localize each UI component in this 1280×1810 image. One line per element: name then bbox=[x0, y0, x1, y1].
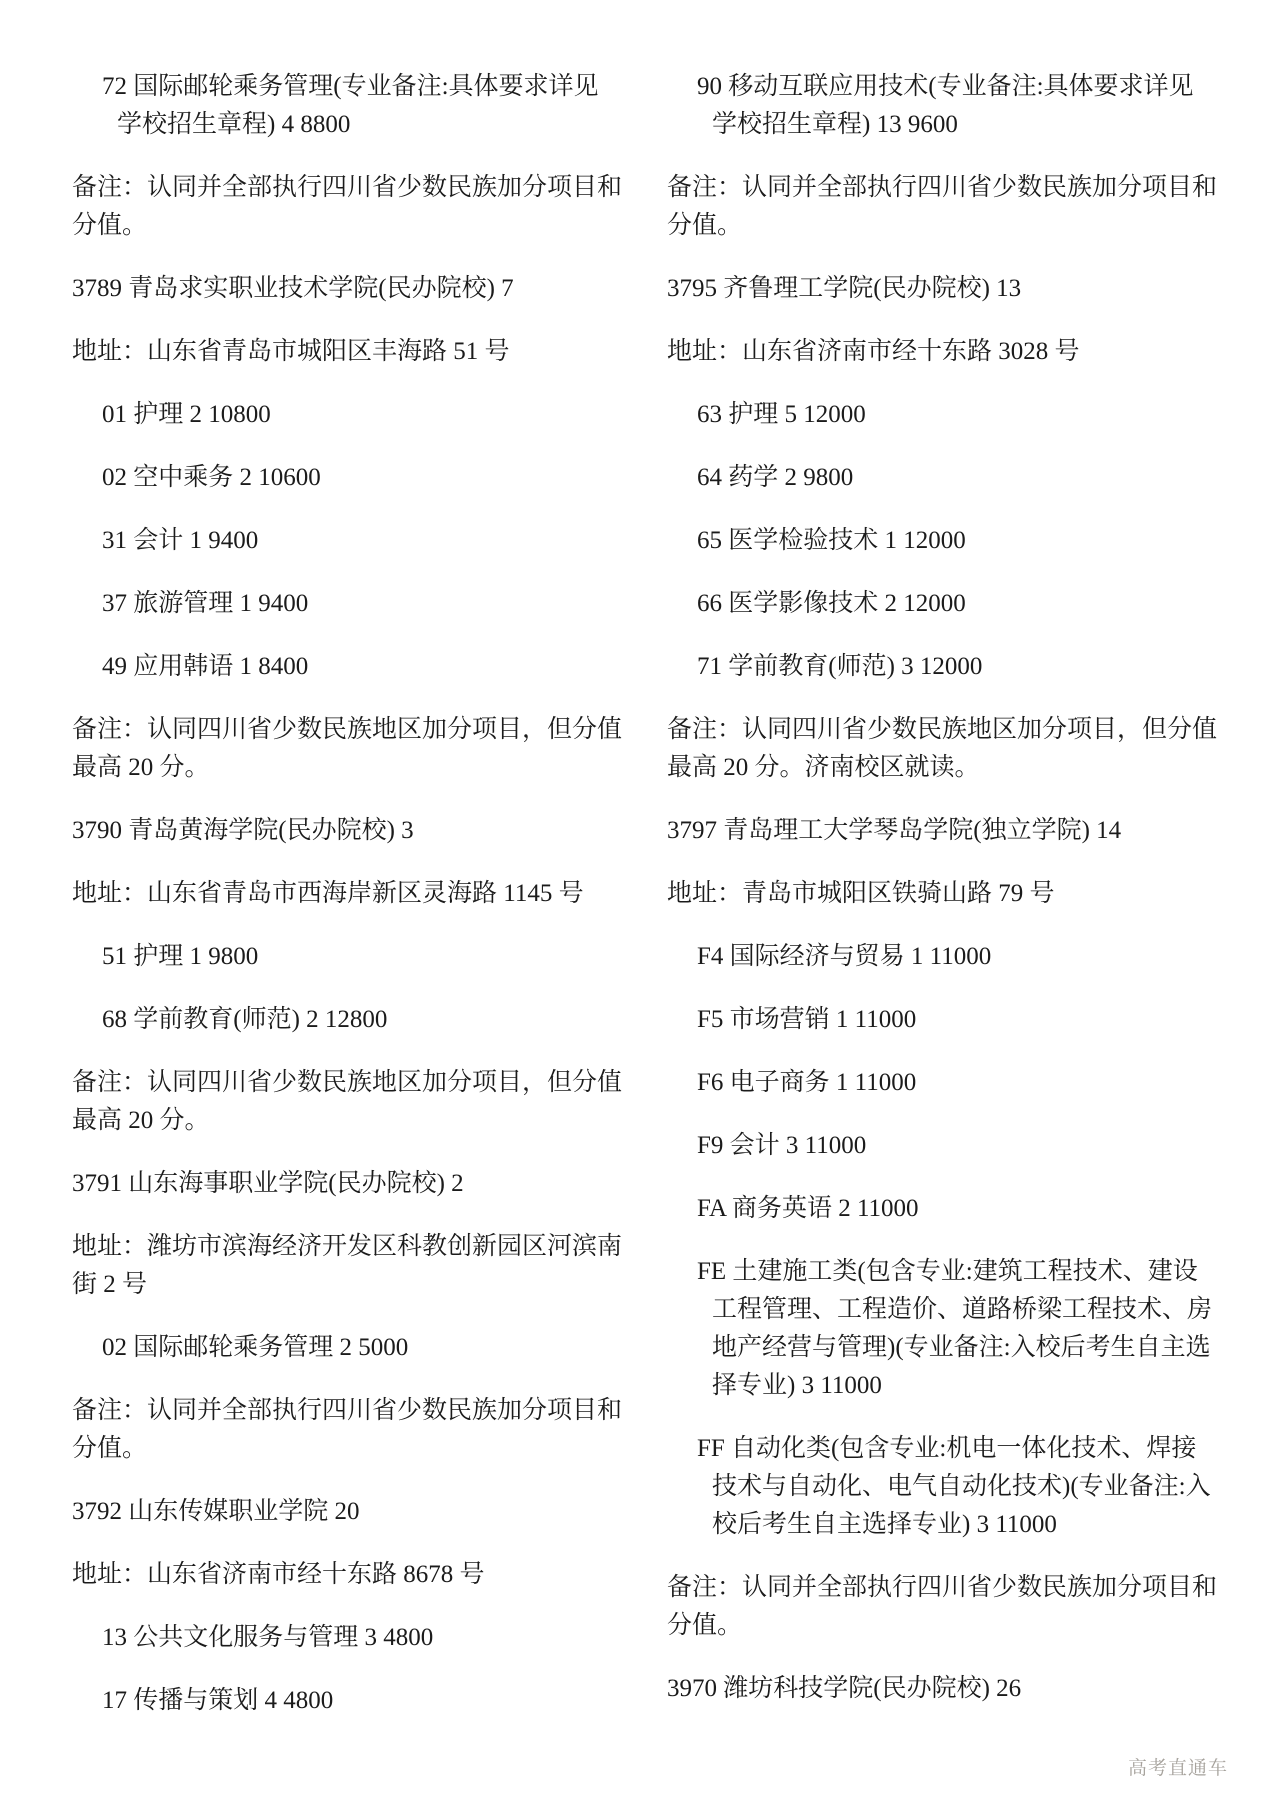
major-entry: FF 自动化类(包含专业:机电一体化技术、焊接技术与自动化、电气自动化技术)(专… bbox=[667, 1430, 1218, 1544]
note-line: 备注：认同并全部执行四川省少数民族加分项目和分值。 bbox=[667, 169, 1218, 245]
major-entry: 13 公共文化服务与管理 3 4800 bbox=[72, 1619, 623, 1657]
school-line: 3970 潍坊科技学院(民办院校) 26 bbox=[667, 1670, 1218, 1708]
major-entry: F4 国际经济与贸易 1 11000 bbox=[667, 938, 1218, 976]
column-left: 72 国际邮轮乘务管理(专业备注:具体要求详见学校招生章程) 4 8800备注：… bbox=[72, 68, 623, 1745]
major-entry: 90 移动互联应用技术(专业备注:具体要求详见学校招生章程) 13 9600 bbox=[667, 68, 1218, 144]
major-entry: FE 土建施工类(包含专业:建筑工程技术、建设工程管理、工程造价、道路桥梁工程技… bbox=[667, 1253, 1218, 1405]
school-line: 3795 齐鲁理工学院(民办院校) 13 bbox=[667, 270, 1218, 308]
address-line: 地址：青岛市城阳区铁骑山路 79 号 bbox=[667, 875, 1218, 913]
school-line: 3792 山东传媒职业学院 20 bbox=[72, 1493, 623, 1531]
major-entry: 02 空中乘务 2 10600 bbox=[72, 459, 623, 497]
content-columns: 72 国际邮轮乘务管理(专业备注:具体要求详见学校招生章程) 4 8800备注：… bbox=[0, 0, 1280, 1745]
major-entry: 71 学前教育(师范) 3 12000 bbox=[667, 648, 1218, 686]
school-line: 3790 青岛黄海学院(民办院校) 3 bbox=[72, 812, 623, 850]
address-line: 地址：山东省济南市经十东路 3028 号 bbox=[667, 333, 1218, 371]
major-entry: 49 应用韩语 1 8400 bbox=[72, 648, 623, 686]
major-entry: F9 会计 3 11000 bbox=[667, 1127, 1218, 1165]
note-line: 备注：认同四川省少数民族地区加分项目，但分值最高 20 分。 bbox=[72, 1064, 623, 1140]
major-entry: 68 学前教育(师范) 2 12800 bbox=[72, 1001, 623, 1039]
school-line: 3797 青岛理工大学琴岛学院(独立学院) 14 bbox=[667, 812, 1218, 850]
major-entry: 72 国际邮轮乘务管理(专业备注:具体要求详见学校招生章程) 4 8800 bbox=[72, 68, 623, 144]
school-line: 3789 青岛求实职业技术学院(民办院校) 7 bbox=[72, 270, 623, 308]
watermark-text: 高考直通车 bbox=[1128, 1753, 1228, 1780]
note-line: 备注：认同并全部执行四川省少数民族加分项目和分值。 bbox=[667, 1569, 1218, 1645]
major-entry: 17 传播与策划 4 4800 bbox=[72, 1682, 623, 1720]
address-line: 地址：山东省济南市经十东路 8678 号 bbox=[72, 1556, 623, 1594]
major-entry: 31 会计 1 9400 bbox=[72, 522, 623, 560]
note-line: 备注：认同四川省少数民族地区加分项目，但分值最高 20 分。 bbox=[72, 711, 623, 787]
major-entry: 01 护理 2 10800 bbox=[72, 396, 623, 434]
major-entry: F5 市场营销 1 11000 bbox=[667, 1001, 1218, 1039]
address-line: 地址：潍坊市滨海经济开发区科教创新园区河滨南街 2 号 bbox=[72, 1228, 623, 1304]
major-entry: 64 药学 2 9800 bbox=[667, 459, 1218, 497]
column-right: 90 移动互联应用技术(专业备注:具体要求详见学校招生章程) 13 9600备注… bbox=[667, 68, 1218, 1745]
major-entry: 66 医学影像技术 2 12000 bbox=[667, 585, 1218, 623]
admissions-document-page: 72 国际邮轮乘务管理(专业备注:具体要求详见学校招生章程) 4 8800备注：… bbox=[0, 0, 1280, 1810]
major-entry: 51 护理 1 9800 bbox=[72, 938, 623, 976]
note-line: 备注：认同并全部执行四川省少数民族加分项目和分值。 bbox=[72, 1392, 623, 1468]
major-entry: 02 国际邮轮乘务管理 2 5000 bbox=[72, 1329, 623, 1367]
school-line: 3791 山东海事职业学院(民办院校) 2 bbox=[72, 1165, 623, 1203]
address-line: 地址：山东省青岛市城阳区丰海路 51 号 bbox=[72, 333, 623, 371]
major-entry: F6 电子商务 1 11000 bbox=[667, 1064, 1218, 1102]
major-entry: 63 护理 5 12000 bbox=[667, 396, 1218, 434]
note-line: 备注：认同并全部执行四川省少数民族加分项目和分值。 bbox=[72, 169, 623, 245]
address-line: 地址：山东省青岛市西海岸新区灵海路 1145 号 bbox=[72, 875, 623, 913]
major-entry: 65 医学检验技术 1 12000 bbox=[667, 522, 1218, 560]
major-entry: FA 商务英语 2 11000 bbox=[667, 1190, 1218, 1228]
note-line: 备注：认同四川省少数民族地区加分项目，但分值最高 20 分。济南校区就读。 bbox=[667, 711, 1218, 787]
major-entry: 37 旅游管理 1 9400 bbox=[72, 585, 623, 623]
